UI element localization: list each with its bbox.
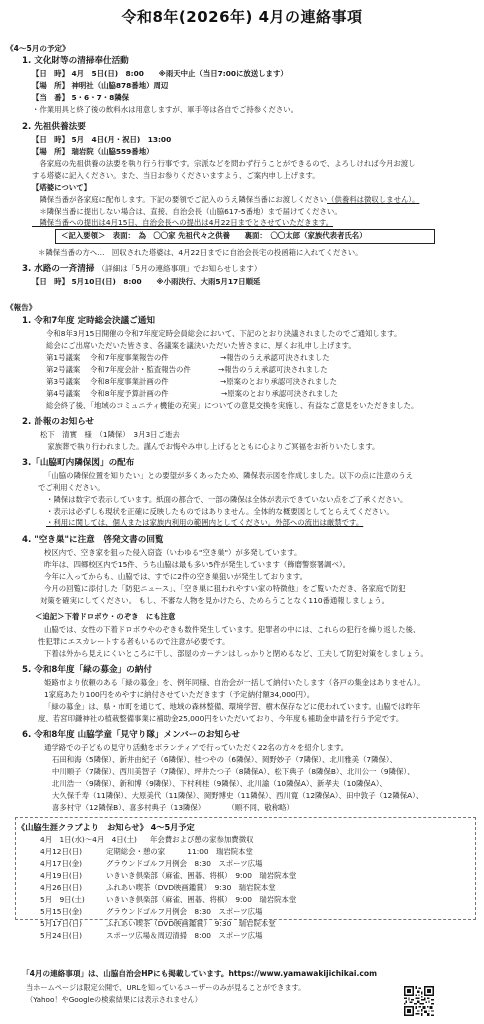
club-event-8-date: 5月17日(日): [40, 920, 82, 927]
report-6-intro: 通学路での子どもの見守り活動をボランティアで行っていただく22名の方々を紹介しま…: [44, 744, 348, 751]
report-4-line-5: 対策を確実にしてください。 もし、不審な人物を見かけたら、ためらうことなく110…: [40, 597, 389, 604]
club-event-5-desc: ふれあい喫茶（DVD映画鑑賞） 9:30 瑞岩院本堂: [106, 884, 276, 891]
report-6-members-5: 喜多村守（12隣保B）、喜多村典子（13隣保） （順不同、敬称略）: [52, 804, 294, 811]
report-3-heading: 3.「山脇町内隣保図」の配布: [22, 459, 134, 468]
report-2-line-2: 家族葬で執り行われました。謹んでお悔やみ申し上げるとともに心よりご冥福をお祈りい…: [40, 443, 379, 450]
motion-4-no: 第4号議案: [46, 390, 80, 397]
club-event-3-date: 4月17日(金): [40, 860, 82, 867]
club-event-2-desc: 定期総会・憩の家 11:00 瑞岩院本堂: [106, 848, 253, 855]
toba-direct-note: ＊隣保当番に提出しない場合は、直接、自治会長（山脇617-5番地）まで届けてくだ…: [32, 208, 342, 215]
club-event-1-date: 4月 1日(水)～4月 4日(土): [40, 836, 137, 843]
report-5-line-4: 度、若宮印鎌神社の植栽整備事業に補助金25,000円をいただいており、今年度も補…: [38, 715, 403, 722]
reports-label: 《報告》: [6, 304, 36, 312]
schedule-3-datetime: 【日 時】 5月10日(日) 8:00 ※小雨決行、大雨5月17日順延: [32, 278, 260, 285]
entry-guide-box: ＜記入要領＞ 表面： 為 〇〇家 先祖代々之供養 裏面： 〇〇太郎（家族代表者氏…: [55, 229, 435, 244]
schedule-1-note: ・作業用具と終了後の飲料水は用意しますが、軍手等は各自でご持参ください。: [32, 106, 298, 113]
report-2-line-1: 松下 清實 様 （1隣保） 3月3日ご逝去: [40, 431, 180, 438]
club-event-1-desc: 年会費および憩の家参加費徴収: [150, 836, 253, 843]
schedule-label: 《4～5月の予定》: [6, 45, 70, 53]
footer-hp-notice: 「4月の連絡事項」は、山脇自治会HPにも掲載しています。https://www.…: [22, 970, 377, 978]
entry-guide-text: ＜記入要領＞ 表面： 為 〇〇家 先祖代々之供養 裏面： 〇〇太郎（家族代表者氏…: [61, 232, 367, 239]
schedule-2-desc-2: する塔婆に記入ください。また、当日お参りくださいますよう、ご案内申し上げます。: [32, 172, 320, 179]
report-1-heading: 1. 令和7年度 定時総会決議ご通知: [22, 317, 155, 326]
report-4-sub-line-2: 性犯罪にエスカレートする者もいるので注意が必要です。: [38, 638, 229, 645]
report-4-sub-line-1: 山脇では、女性の下着ドロボウやのぞきも数件発生しています。犯罪者の中には、これら…: [44, 626, 420, 633]
motion-2-no: 第2号議案: [46, 366, 80, 373]
club-heading: 《山脇生涯クラブより お知らせ》 4～5月予定: [17, 823, 195, 831]
report-6-heading: 6. 令和8年度 山脇学童「見守り隊」メンバーのお知らせ: [22, 731, 240, 740]
footer-url-link[interactable]: https://www.yamawakijichikai.com: [228, 969, 377, 978]
schedule-3-heading-note: （詳細は「5月の連絡事項」でお知らせします）: [97, 264, 261, 273]
report-4-line-3: 今年に入ってからも、山脇では、すでに2件の空き巣狙いが発生しております。: [44, 573, 307, 580]
schedule-2-desc-1: 各家庭の先祖供養の法要を執り行う行事です。宗派などを問わず行うことができるので、…: [32, 160, 416, 167]
toba-instructions: 隣保当番が各家庭に配布します。下記の要領でご記入のうえ隣保当番にお渡しください（…: [32, 196, 419, 203]
club-event-9-date: 5月24日(日): [40, 932, 82, 939]
qr-code-icon[interactable]: [404, 985, 434, 1017]
schedule-3-heading: 3. 水路の一斉清掃 （詳細は「5月の連絡事項」でお知らせします）: [22, 265, 261, 274]
schedule-1-place: 【場 所】 神明社（山脇878番地）周辺: [32, 82, 168, 89]
qr-code-graphic: [404, 985, 434, 1017]
notice-document: 令和8年(2026年) 4月の連絡事項 《4～5月の予定》 1. 文化財等の清掃…: [0, 0, 484, 1024]
schedule-2-place: 【場 所】 瑞岩院（山脇559番地）: [32, 148, 153, 155]
report-4-line-2: 昨年は、四郷校区内で15件、うち山脇は最も多い5件が発生しています（飾磨警察署調…: [44, 561, 350, 568]
toba-fee-note: （供養料は徴収しません）。: [327, 195, 419, 204]
report-3-line-2: でご利用ください。: [38, 484, 105, 491]
footer-hp-text: 「4月の連絡事項」は、山脇自治会HPにも掲載しています。: [22, 969, 228, 978]
report-6-members-4: 大久保千寿（11隣保）、大原美代（11隣保）、岡野博史（11隣保）、西川寛（12…: [52, 792, 423, 799]
motion-2-name: 令和7年度会計・監査報告の件: [90, 366, 191, 373]
motion-3-no: 第3号議案: [46, 378, 80, 385]
motion-2-result: →報告のうえ承認可決されました: [218, 366, 328, 373]
report-6-members-1: 石田和海（5隣保）、新井由紀子（6隣保）、桂つやの（6隣保）、岡野妙子（7隣保）…: [52, 756, 397, 763]
report-4-sub-line-3: 下着は外から見えにくいところに干し、部屋のカーテンはしっかりと閉めるなど、工夫し…: [44, 650, 428, 657]
toba-heading: 【塔婆について】: [32, 184, 91, 191]
motion-3-name: 令和8年度事業計画の件: [90, 378, 169, 385]
footer-search-notice: （Yahoo！やGoogleの検索結果には表示されません）: [26, 996, 202, 1003]
schedule-1-duty: 【当 番】 5・6・7・8隣保: [32, 94, 129, 101]
report-5-line-2: 1家庭あたり100円をめやすに納付させていただきます（予定納付額34,000円）…: [44, 691, 314, 698]
club-event-9-desc: スポーツ広場＆周辺清掃 8:00 スポーツ広場: [106, 932, 262, 939]
report-4-sub-heading: ＜追記＞下着ドロボウ・のぞき にも注意: [35, 613, 175, 620]
report-1-line-1: 令和8年3月15日開催の令和7年度定時会員総会において、下記のとおり決議されまし…: [46, 330, 401, 337]
report-3-line-1: 「山脇の隣保位置を知りたい」との要望が多くあったため、隣保表示図を作成しました。…: [44, 472, 413, 479]
report-5-line-3: 「緑の募金」は、県・市町を通じて、地域の森林整備、環境学習、樹木保存などに使われ…: [44, 703, 420, 710]
page-title: 令和8年(2026年) 4月の連絡事項: [0, 10, 484, 25]
toba-instructions-text: 隣保当番が各家庭に配布します。下記の要領でご記入のうえ隣保当番にお渡しください: [32, 195, 327, 204]
club-event-7-desc: グラウンドゴルフ月例会 8:30 スポーツ広場: [106, 908, 262, 915]
motion-4-result: →原案のとおり承認可決されました: [221, 390, 338, 397]
schedule-2-heading: 2. 先祖供養法要: [22, 123, 86, 132]
report-4-line-1: 校区内で、空き家を狙った侵入窃盗（いわゆる"空き巣"）が多発しています。: [44, 549, 301, 556]
club-event-7-date: 5月15日(金): [40, 908, 82, 915]
schedule-1-datetime: 【日 時】 4月 5日(日) 8:00 ※雨天中止（当日7:00に放送します）: [32, 70, 288, 77]
club-event-6-date: 5月 9日(土): [40, 896, 85, 903]
club-event-8-desc: ふれあい喫茶（DVD映画鑑賞） 9:30 瑞岩院本堂: [106, 920, 276, 927]
report-4-heading: 4. "空き巣"に注意 啓発文書の回覧: [22, 536, 164, 545]
report-3-usage-warning: ・利用に関しては、個人または家族内利用の範囲内としてください。外部への流出は厳禁…: [46, 519, 363, 526]
report-2-heading: 2. 訃報のお知らせ: [22, 418, 94, 427]
club-event-3-desc: グラウンドゴルフ月例会 8:30 スポーツ広場: [106, 860, 262, 867]
report-1-closing: 総会終了後、「地域のコミュニティ機能の充実」についての意見交換を実施し、有益なご…: [46, 402, 418, 409]
motion-4-name: 令和8年度予算計画の件: [90, 390, 169, 397]
report-4-line-4: 今月の回覧に添付した「防犯ニュース」、「空き巣に狙われやすい家の特徴他」をご覧い…: [44, 585, 405, 592]
motion-1-result: →報告のうえ承認可決されました: [220, 354, 330, 361]
report-3-line-4: ・表示は必ずしも現状を正確に反映したものではありません。全体的な概要図としてとら…: [46, 508, 394, 515]
motion-1-name: 令和7年度事業報告の件: [90, 354, 169, 361]
report-3-line-3: ・隣保は数字で表示しています。紙面の都合で、一部の隣保は全体が表示できていない点…: [46, 496, 407, 503]
report-5-line-1: 姫路市より依頼のある「緑の募金」を、例年同様、自治会が一括して納付いたします（各…: [44, 679, 425, 686]
club-event-2-date: 4月12日(日): [40, 848, 82, 855]
club-event-5-date: 4月26日(日): [40, 884, 82, 891]
motion-1-no: 第1号議案: [46, 354, 80, 361]
report-6-members-2: 中川順子（7隣保）、西川美智子（7隣保）、坪井たつ子（8隣保A）、松下典子（8隣…: [52, 768, 415, 775]
schedule-3-title: 3. 水路の一斉清掃: [22, 264, 94, 274]
toba-deadline: 隣保当番への提出は4月15日、自治会長への提出は4月22日までとさせていただきま…: [32, 219, 333, 226]
schedule-2-datetime: 【日 時】 5月 4日(月・祝日) 13:00: [32, 136, 171, 143]
club-notice-box: [15, 817, 476, 920]
club-event-4-date: 4月19日(日): [40, 872, 82, 879]
report-1-line-2: 総会にご出席いただいた皆さま、各議案を議決いただいた皆さまに、厚くお礼申し上げま…: [46, 342, 356, 349]
schedule-1-heading: 1. 文化財等の清掃奉仕活動: [22, 57, 129, 66]
report-6-members-3: 北川浩一（9隣保）、新和博（9隣保）、下村利桂（9隣保）、北川諭（10隣保A）、…: [52, 780, 387, 787]
club-event-6-desc: いきいき倶楽部（麻雀、囲碁、将棋） 9:00 瑞岩院本堂: [106, 896, 296, 903]
footer-limited-notice: 当ホームページは限定公開で、URLを知っているユーザーのみが見ることができます。: [26, 984, 305, 991]
motion-3-result: →原案のとおり承認可決されました: [220, 378, 337, 385]
club-event-4-desc: いきいき倶楽部（麻雀、囲碁、将棋） 9:00 瑞岩院本堂: [106, 872, 296, 879]
toba-duty-note: ＊隣保当番の方へ… 回収された塔婆は、4月22日までに自治会長宅の投函箱に入れて…: [38, 249, 363, 256]
report-5-heading: 5. 令和8年度「緑の募金」の納付: [22, 666, 152, 675]
